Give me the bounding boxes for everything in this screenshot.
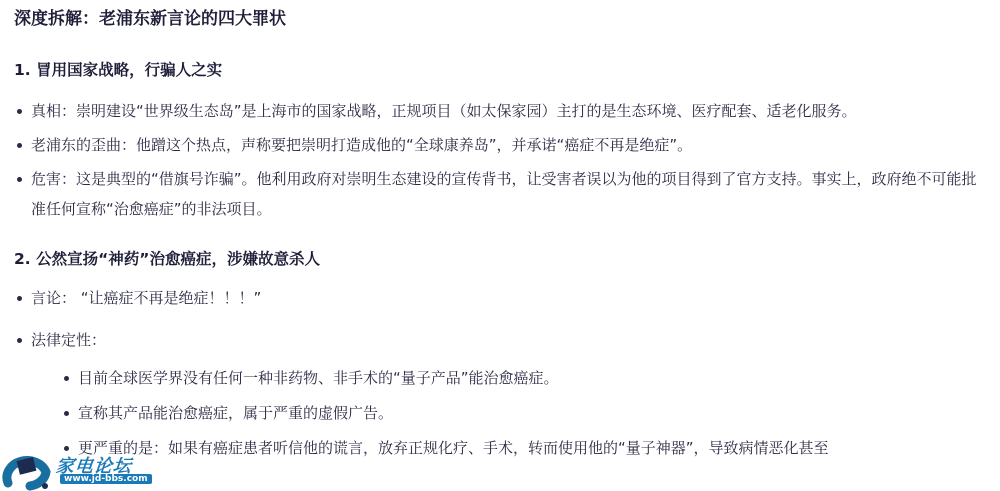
section-1-list: 真相：崇明建设“世界级生态岛”是上海市的国家战略，正规项目（如太保家园）主打的是… [14, 96, 988, 224]
section-2-list: 言论： “让癌症不再是绝症！！！” 法律定性： 目前全球医学界没有任何一种非药物… [14, 283, 988, 463]
sub-list-item: 宣称其产品能治愈癌症，属于严重的虚假广告。 [61, 398, 988, 428]
list-item: 真相：崇明建设“世界级生态岛”是上海市的国家战略，正规项目（如太保家园）主打的是… [14, 96, 988, 126]
list-item: 老浦东的歪曲：他蹭这个热点，声称要把崇明打造成他的“全球康养岛”，并承诺“癌症不… [14, 130, 988, 160]
bullet-icon [64, 411, 69, 416]
sub-list-item: 更严重的是：如果有癌症患者听信他的谎言，放弃正规化疗、手术，转而使用他的“量子神… [61, 433, 988, 463]
bullet-icon [17, 296, 22, 301]
bullet-icon [17, 338, 22, 343]
article-content: 深度拆解：老浦东新言论的四大罪状 1. 冒用国家战略，行骗人之实 真相：崇明建设… [0, 0, 1000, 463]
list-item: 法律定性： 目前全球医学界没有任何一种非药物、非手术的“量子产品”能治愈癌症。 … [14, 325, 988, 463]
article-title: 深度拆解：老浦东新言论的四大罪状 [14, 8, 988, 30]
list-item: 危害：这是典型的“借旗号诈骗”。他利用政府对崇明生态建设的宣传背书，让受害者误以… [14, 164, 988, 224]
list-item-text: 言论： “让癌症不再是绝症！！！” [31, 289, 261, 307]
bullet-icon [17, 143, 22, 148]
section-1-heading: 1. 冒用国家战略，行骗人之实 [14, 61, 988, 80]
sub-list-item-text: 宣称其产品能治愈癌症，属于严重的虚假广告。 [78, 404, 393, 422]
sub-list-item-text: 目前全球医学界没有任何一种非药物、非手术的“量子产品”能治愈癌症。 [78, 369, 559, 387]
list-item-text: 法律定性： [31, 331, 106, 349]
bullet-icon [17, 109, 22, 114]
forum-logo-url: www.jd-bbs.com [60, 474, 152, 484]
bullet-icon [64, 446, 69, 451]
bullet-icon [17, 177, 22, 182]
sub-list-item-text: 更严重的是：如果有癌症患者听信他的谎言，放弃正规化疗、手术，转而使用他的“量子神… [78, 439, 829, 457]
section-2-heading: 2. 公然宣扬“神药”治愈癌症，涉嫌故意杀人 [14, 250, 988, 269]
sub-list-item: 目前全球医学界没有任何一种非药物、非手术的“量子产品”能治愈癌症。 [61, 363, 988, 393]
document-page: 家电论坛 www.jd-bbs.com 深度拆解：老浦东新言论的四大罪状 1. … [0, 0, 1000, 491]
legal-points-sublist: 目前全球医学界没有任何一种非药物、非手术的“量子产品”能治愈癌症。 宣称其产品能… [61, 363, 988, 463]
list-item-text: 老浦东的歪曲：他蹭这个热点，声称要把崇明打造成他的“全球康养岛”，并承诺“癌症不… [31, 136, 692, 154]
list-item-text: 真相：崇明建设“世界级生态岛”是上海市的国家战略，正规项目（如太保家园）主打的是… [31, 102, 857, 120]
list-item-text: 危害：这是典型的“借旗号诈骗”。他利用政府对崇明生态建设的宣传背书，让受害者误以… [31, 170, 977, 218]
bullet-icon [64, 376, 69, 381]
list-item: 言论： “让癌症不再是绝症！！！” [14, 283, 988, 313]
